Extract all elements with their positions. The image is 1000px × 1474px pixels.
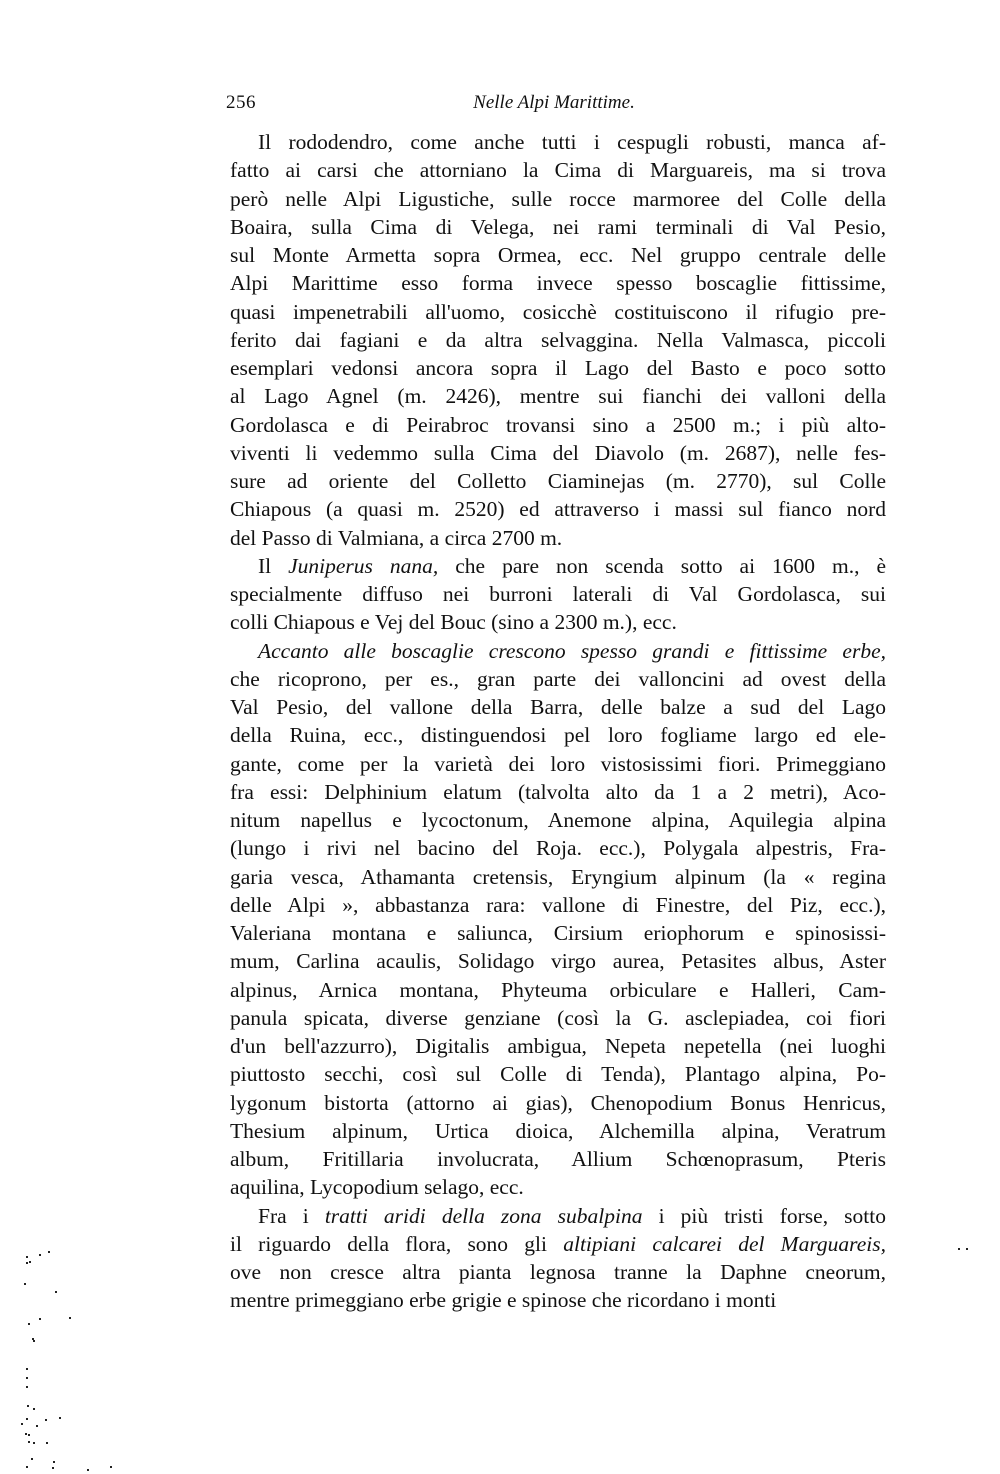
text-span: fatto ai carsi che attorniano la Cima di… [230,158,886,182]
text-span: Valeriana montana e saliunca, Cirsium er… [230,921,886,945]
text-span: Alpi Marittime esso forma invece spesso … [230,271,886,295]
text-line: (lungo i rivi nel bacino del Roja. ecc.)… [230,834,886,862]
paragraph: Il Juniperus nana, che pare non scenda s… [230,552,886,637]
text-line: viventi li vedemmo sulla Cima del Diavol… [230,439,886,467]
text-line: Valeriana montana e saliunca, Cirsium er… [230,919,886,947]
text-line: Chiapous (a quasi m. 2520) ed attraverso… [230,495,886,523]
text-line: album, Fritillaria involucrata, Allium S… [230,1145,886,1173]
text-span: gante, come per la varietà dei loro vist… [230,752,886,776]
text-span: d'un bell'azzurro), Digitalis ambigua, N… [230,1034,886,1058]
text-line: esemplari vedonsi ancora sopra il Lago d… [230,354,886,382]
text-span: piuttosto secchi, così sul Colle di Tend… [230,1062,886,1086]
text-span: Gordolasca e di Peirabroc trovansi sino … [230,413,886,437]
text-span: esemplari vedonsi ancora sopra il Lago d… [230,356,886,380]
text-line: il riguardo della flora, sono gli altipi… [230,1230,886,1258]
text-line: però nelle Alpi Ligustiche, sulle rocce … [230,185,886,213]
text-line: delle Alpi », abbastanza rara: vallone d… [230,891,886,919]
text-line: Gordolasca e di Peirabroc trovansi sino … [230,411,886,439]
text-line: mentre primeggiano erbe grigie e spinose… [230,1286,886,1314]
text-span: che pare non scenda sotto ai 1600 m., è [438,554,886,578]
text-line: Il Juniperus nana, che pare non scenda s… [230,552,886,580]
text-line: Fra i tratti aridi della zona subalpina … [230,1202,886,1230]
body-text: Il rododendro, come anche tutti i cespug… [230,128,886,1315]
text-line: alpinus, Arnica montana, Phyteuma orbicu… [230,976,886,1004]
text-span: ove non cresce altra pianta legnosa tran… [230,1260,886,1284]
text-line: Accanto alle boscaglie crescono spesso g… [230,637,886,665]
text-span: il riguardo della flora, sono gli [230,1232,563,1256]
italic-span: altipiani calcarei del Marguareis, [563,1232,886,1256]
running-head: 256 Nelle Alpi Marittime. [226,92,882,116]
book-page: 256 Nelle Alpi Marittime. Il rododendro,… [0,0,1000,1474]
text-span: mum, Carlina acaulis, Solidago virgo aur… [230,949,886,973]
text-span: album, Fritillaria involucrata, Allium S… [230,1147,886,1171]
text-line: Thesium alpinum, Urtica dioica, Alchemil… [230,1117,886,1145]
text-span: fra essi: Delphinium elatum (talvolta al… [230,780,886,804]
text-line: colli Chiapous e Vej del Bouc (sino a 23… [230,608,886,636]
text-span: della Ruina, ecc., distinguendosi pel lo… [230,723,886,747]
text-line: nitum napellus e lycoctonum, Anemone alp… [230,806,886,834]
paragraph: Fra i tratti aridi della zona subalpina … [230,1202,886,1315]
text-span: sul Monte Armetta sopra Ormea, ecc. Nel … [230,243,886,267]
text-line: della Ruina, ecc., distinguendosi pel lo… [230,721,886,749]
text-line: fatto ai carsi che attorniano la Cima di… [230,156,886,184]
text-line: Il rododendro, come anche tutti i cespug… [230,128,886,156]
text-span: sure ad oriente del Colletto Ciaminejas … [230,469,886,493]
text-line: al Lago Agnel (m. 2426), mentre sui fian… [230,382,886,410]
text-span: ferito dai fagiani e da altra selvaggina… [230,328,886,352]
text-line: quasi impenetrabili all'uomo, cosicchè c… [230,298,886,326]
text-span: i più tristi forse, sotto [642,1204,886,1228]
text-line: panula spicata, diverse genziane (così l… [230,1004,886,1032]
text-line: lygonum bistorta (attorno ai gias), Chen… [230,1089,886,1117]
text-span: Il [258,554,288,578]
text-line: che ricoprono, per es., gran parte dei v… [230,665,886,693]
text-span: del Passo di Valmiana, a circa 2700 m. [230,526,562,550]
text-span: al Lago Agnel (m. 2426), mentre sui fian… [230,384,886,408]
text-span: Fra i [258,1204,325,1228]
text-line: d'un bell'azzurro), Digitalis ambigua, N… [230,1032,886,1060]
text-line: fra essi: Delphinium elatum (talvolta al… [230,778,886,806]
text-span: lygonum bistorta (attorno ai gias), Chen… [230,1091,886,1115]
text-span: mentre primeggiano erbe grigie e spinose… [230,1288,776,1312]
italic-span: Juniperus nana, [288,554,438,578]
text-line: del Passo di Valmiana, a circa 2700 m. [230,524,886,552]
text-span: quasi impenetrabili all'uomo, cosicchè c… [230,300,886,324]
text-span: colli Chiapous e Vej del Bouc (sino a 23… [230,610,677,634]
running-title: Nelle Alpi Marittime. [226,92,882,114]
text-span: nitum napellus e lycoctonum, Anemone alp… [230,808,886,832]
text-line: specialmente diffuso nei burroni lateral… [230,580,886,608]
italic-span: tratti aridi della zona subalpina [325,1204,643,1228]
text-line: gante, come per la varietà dei loro vist… [230,750,886,778]
text-line: garia vesca, Athamanta cretensis, Eryngi… [230,863,886,891]
text-line: Alpi Marittime esso forma invece spesso … [230,269,886,297]
text-line: piuttosto secchi, così sul Colle di Tend… [230,1060,886,1088]
text-line: ferito dai fagiani e da altra selvaggina… [230,326,886,354]
paragraph: Il rododendro, come anche tutti i cespug… [230,128,886,552]
text-line: mum, Carlina acaulis, Solidago virgo aur… [230,947,886,975]
text-span: alpinus, Arnica montana, Phyteuma orbicu… [230,978,886,1002]
paragraph: Accanto alle boscaglie crescono spesso g… [230,637,886,1202]
text-span: specialmente diffuso nei burroni lateral… [230,582,886,606]
text-span: (lungo i rivi nel bacino del Roja. ecc.)… [230,836,886,860]
text-span: viventi li vedemmo sulla Cima del Diavol… [230,441,886,465]
text-span: che ricoprono, per es., gran parte dei v… [230,667,886,691]
text-span: Val Pesio, del vallone della Barra, dell… [230,695,886,719]
text-line: Val Pesio, del vallone della Barra, dell… [230,693,886,721]
text-line: aquilina, Lycopodium selago, ecc. [230,1173,886,1201]
text-span: garia vesca, Athamanta cretensis, Eryngi… [230,865,886,889]
text-span: Chiapous (a quasi m. 2520) ed attraverso… [230,497,886,521]
text-line: Boaira, sulla Cima di Velega, nei rami t… [230,213,886,241]
text-span: panula spicata, diverse genziane (così l… [230,1006,886,1030]
text-span: aquilina, Lycopodium selago, ecc. [230,1175,524,1199]
text-span: Thesium alpinum, Urtica dioica, Alchemil… [230,1119,886,1143]
text-span: però nelle Alpi Ligustiche, sulle rocce … [230,187,886,211]
text-span: Il rododendro, come anche tutti i cespug… [258,130,886,154]
text-line: sure ad oriente del Colletto Ciaminejas … [230,467,886,495]
text-span: Boaira, sulla Cima di Velega, nei rami t… [230,215,886,239]
italic-span: Accanto alle boscaglie crescono spesso g… [258,639,886,663]
text-line: ove non cresce altra pianta legnosa tran… [230,1258,886,1286]
text-line: sul Monte Armetta sopra Ormea, ecc. Nel … [230,241,886,269]
text-span: delle Alpi », abbastanza rara: vallone d… [230,893,886,917]
